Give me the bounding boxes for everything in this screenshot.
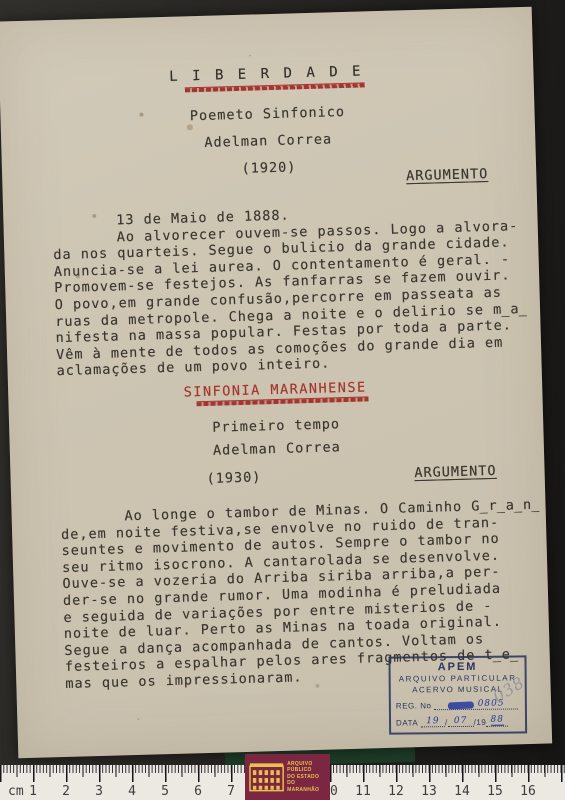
ruler-number: 12 xyxy=(388,784,404,799)
ruler-number: 2 xyxy=(62,784,70,799)
ruler-number: 13 xyxy=(421,784,437,799)
stamp-year: 88 xyxy=(490,715,504,726)
stamp-reg-label: REG. No xyxy=(396,701,432,710)
ruler-unit-label: cm xyxy=(8,784,24,799)
section1-subtitle: Poemeto Sinfonico xyxy=(0,99,534,130)
archive-logo: ARQUIVO PÚBLICO DO ESTADO DO MARANHÃO xyxy=(245,754,330,800)
stamp-day-fill: 19 xyxy=(421,716,445,727)
ink-scribble xyxy=(448,701,474,709)
stamp-apem: APEM xyxy=(396,660,520,673)
stamp-date-line: DATA 19 / 07 /19 88 xyxy=(396,714,520,727)
building-icon xyxy=(249,762,284,792)
stamp-month: 07 xyxy=(454,716,468,726)
section1-argument-label: ARGUMENTO xyxy=(406,166,489,184)
ruler-number: 16 xyxy=(520,784,536,799)
red-underline-decoration xyxy=(185,82,365,92)
ruler-number: 1 xyxy=(29,784,37,799)
ruler-number: 3 xyxy=(95,784,103,799)
section2-year: (1930) xyxy=(206,469,261,487)
ruler-number: 6 xyxy=(194,784,202,799)
section1-paragraph: 13 de Maio de 1888. Ao alvorecer ouvem-s… xyxy=(52,201,529,380)
section2-argument-label: ARGUMENTO xyxy=(414,463,497,481)
stamp-day: 19 xyxy=(426,716,440,726)
ruler-number: 15 xyxy=(487,784,503,799)
paper-sheet: L I B E R D A D E Poemeto Sinfonico Adel… xyxy=(0,7,552,759)
ruler-number: 7 xyxy=(227,784,235,799)
ruler-number: 5 xyxy=(161,784,169,799)
section1-author: Adelman Correa xyxy=(1,126,535,157)
stamp-month-fill: 07 xyxy=(448,716,474,727)
scanned-document-page: L I B E R D A D E Poemeto Sinfonico Adel… xyxy=(0,0,565,800)
stamp-year-fill: 88 xyxy=(486,715,508,727)
ruler-number: 4 xyxy=(128,784,136,799)
ruler-number: 14 xyxy=(454,784,470,799)
stamp-date-sep2: /19 xyxy=(474,718,487,727)
archive-logo-text: ARQUIVO PÚBLICO DO ESTADO DO MARANHÃO xyxy=(287,761,328,794)
stamp-date-label: DATA xyxy=(396,718,418,727)
ruler-number: 11 xyxy=(355,784,371,799)
